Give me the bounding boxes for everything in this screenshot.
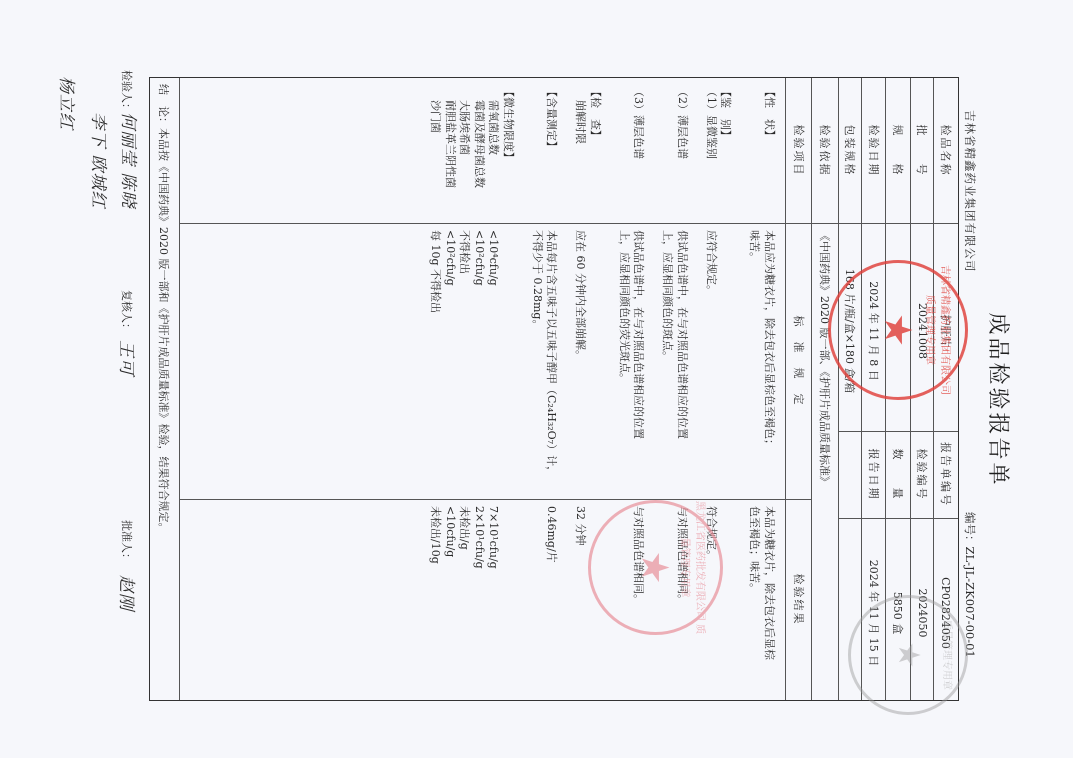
info-value: 2024050 — [911, 526, 934, 700]
section-standard-line: <10⁴cfu/g — [486, 230, 501, 495]
result-column: 本品为糖衣片，除去包衣后显棕色至褐色；味苦。符合规定。与对照品色谱相同。与对照品… — [414, 506, 777, 696]
section-items-line — [530, 86, 545, 221]
document-number: 编号：ZL-JL-ZK007-00-01 — [962, 512, 978, 658]
column-header-result: 检验结果 — [786, 499, 812, 700]
info-value — [886, 231, 911, 431]
section-standard-line: <10²cfu/g — [472, 230, 487, 495]
section-standard-line: 不得少于 0.28mg。 — [530, 230, 545, 495]
info-value: 2024 年 11 月 15 日 — [862, 526, 886, 700]
info-label: 报告日期 — [862, 431, 886, 518]
section-standard-line — [501, 230, 516, 495]
inspector-signature-3: 杨立红 — [56, 76, 81, 130]
section-result-line: 32 分钟 — [573, 506, 588, 696]
section-items-line: 【性 状】 — [762, 86, 777, 221]
info-label: 规 格 — [886, 78, 911, 223]
section-result-line: <10cfu/g — [443, 506, 458, 696]
section-standard-line: 味苦。 — [747, 230, 762, 495]
section-result-line: 符合规定。 — [704, 506, 719, 696]
section-items-line: 耐胆盐革兰阴性菌 — [443, 86, 458, 221]
column-header-item: 检验项目 — [786, 78, 812, 223]
column-header-standard: 标 准 规 定 — [786, 223, 812, 499]
section-result-line: 未检出/g — [457, 506, 472, 696]
section-standard-line: <10²cfu/g — [443, 230, 458, 495]
section-items-line — [660, 86, 675, 221]
section-items-line — [617, 86, 632, 221]
inspector-signature-1: 何丽莹 陈晓 — [118, 112, 143, 208]
section-result-line — [501, 506, 516, 696]
info-value: 2024 年 11 月 8 日 — [862, 231, 886, 431]
inspection-report-document: 成品检验报告单 吉林省精鑫药业集团有限公司 编号：ZL-JL-ZK007-00-… — [0, 0, 1073, 758]
section-standard-line — [588, 230, 603, 495]
info-value: CP02824050 — [934, 526, 958, 700]
info-value: 20241008 — [911, 231, 934, 431]
info-value — [839, 526, 862, 700]
section-items-line: （2）薄层色谱 — [675, 86, 690, 221]
reviewer-label: 复核人： — [119, 290, 135, 334]
section-standard-line: 供试品色谱中，在与对照品色谱相应的位置 — [675, 230, 690, 495]
section-standard-line — [718, 230, 733, 495]
section-result-line: 未检出/10g — [428, 506, 443, 696]
section-result-line: 与对照品色谱相同。 — [675, 506, 690, 696]
report-table: 检品名称护肝片报告单编号CP02824050批 号20241008检验编号202… — [149, 77, 959, 701]
basis-label: 检验依据 — [812, 78, 839, 223]
section-result-line: 2×10¹cfu/g — [472, 506, 487, 696]
section-standard-line: 不得检出 — [457, 230, 472, 495]
section-standard-line: 上，应显相同颜色的斑点。 — [660, 230, 675, 495]
section-items-line: 需氧菌总数 — [486, 86, 501, 221]
approver-signature: 赵刚 — [116, 575, 141, 611]
section-items-line: （1）显微鉴别 — [704, 86, 719, 221]
section-result-line — [530, 506, 545, 696]
section-result-line — [588, 506, 603, 696]
report-title: 成品检验报告单 — [984, 300, 1015, 500]
section-standard-line: 应在 60 分钟内全部崩解。 — [573, 230, 588, 495]
section-standard-line: 本品应为糖衣片，除去包衣后显棕色至褐色； — [762, 230, 777, 495]
section-standard-line: 应符合规定。 — [704, 230, 719, 495]
info-label: 检品名称 — [934, 78, 958, 223]
basis-value: 《中国药典》2020 版一部、《护肝片成品质量标准》 — [812, 230, 839, 690]
info-label: 检验日期 — [862, 78, 886, 223]
section-items-line — [747, 86, 762, 221]
info-value: 护肝片 — [934, 231, 958, 431]
section-standard-line: 供试品色谱中，在与对照品色谱相应的位置 — [631, 230, 646, 495]
info-value: 168 片/瓶/盒×180 盒/箱 — [839, 231, 862, 431]
inspector-label: 检验人： — [119, 70, 135, 114]
section-items-line: 沙门菌 — [428, 86, 443, 221]
section-result-line: 7×10¹cfu/g — [486, 506, 501, 696]
info-label — [839, 431, 862, 518]
section-items-line: 【微生物限度】 — [501, 86, 516, 221]
section-items-line: 崩解时限 — [573, 86, 588, 221]
section-items-line: 【检 查】 — [588, 86, 603, 221]
section-result-line — [617, 506, 632, 696]
inspector-signature-2: 李下 欧城红 — [88, 112, 113, 208]
items-column: 【性 状】【鉴 别】（1）显微鉴别（2）薄层色谱（3）薄层色谱【检 查】崩解时限… — [414, 86, 777, 221]
section-result-line — [718, 506, 733, 696]
approver-label: 批准人： — [119, 520, 135, 564]
info-label: 批 号 — [911, 78, 934, 223]
standard-column: 本品应为糖衣片，除去包衣后显棕色至褐色；味苦。应符合规定。供试品色谱中，在与对照… — [414, 230, 777, 495]
section-items-line: 霉菌及酵母菌总数 — [472, 86, 487, 221]
info-label: 报告单编号 — [934, 431, 958, 518]
section-standard-line: 每 10g 不得检出 — [428, 230, 443, 495]
section-result-line — [660, 506, 675, 696]
company-name: 吉林省精鑫药业集团有限公司 — [962, 110, 978, 273]
conclusion-text: 结 论：本品按《中国药典》2020 版一部和《护肝片成品质量标准》检验，结果符合… — [156, 84, 172, 534]
section-standard-line: 本品每片含五味子以五味子醇甲（C₂₄H₃₂O₇）计， — [544, 230, 559, 495]
section-result-line: 色至褐色；味苦。 — [747, 506, 762, 696]
section-result-line: 与对照品色谱相同。 — [631, 506, 646, 696]
section-items-line: 【鉴 别】 — [718, 86, 733, 221]
section-items-line: 【含量测定】 — [544, 86, 559, 221]
section-items-line: 大肠埃希菌 — [457, 86, 472, 221]
info-value: 5850 盒 — [886, 526, 911, 700]
section-items-line: （3）薄层色谱 — [631, 86, 646, 221]
section-result-line: 0.46mg/片 — [544, 506, 559, 696]
info-label: 包装规格 — [839, 78, 862, 223]
reviewer-signature: 王可 — [116, 340, 141, 376]
info-label: 检验编号 — [911, 431, 934, 518]
section-standard-line: 上，应显相同颜色的荧光斑点。 — [617, 230, 632, 495]
section-result-line: 本品为糖衣片，除去包衣后显棕 — [762, 506, 777, 696]
info-label: 数 量 — [886, 431, 911, 518]
